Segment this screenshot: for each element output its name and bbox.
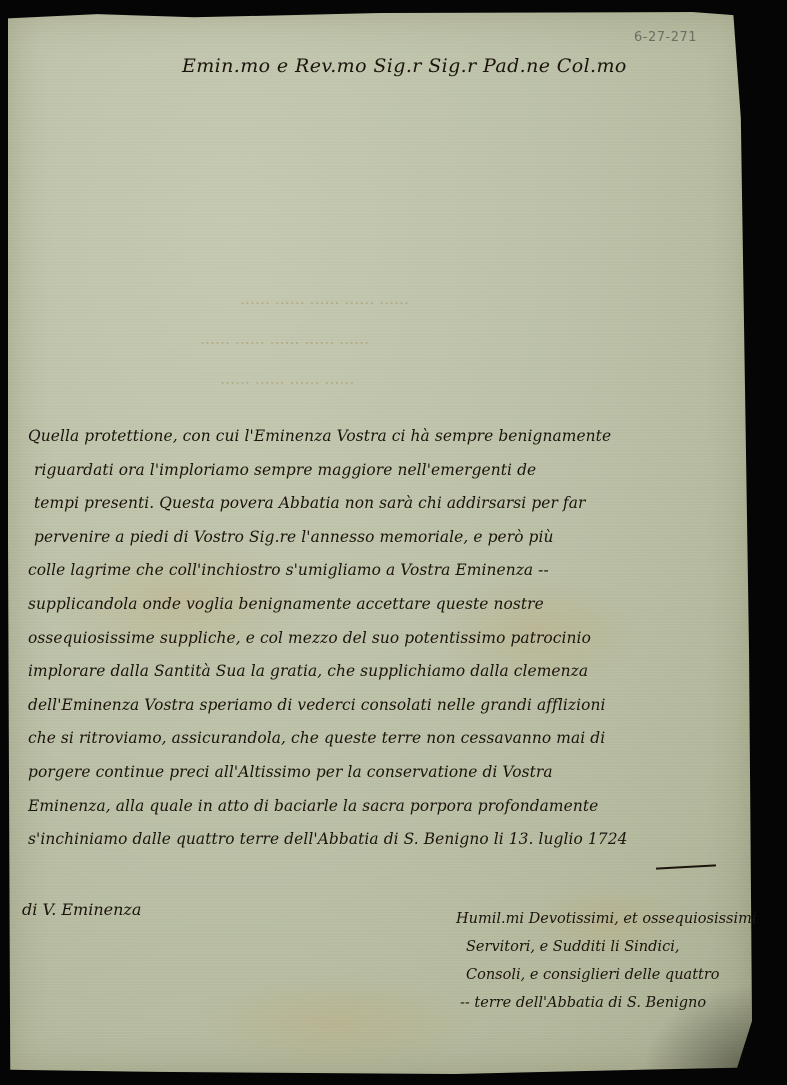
show-through-line: …… …… …… ……: [220, 370, 354, 388]
show-through-line: …… …… …… …… ……: [200, 330, 369, 348]
body-line: che si ritroviamo, assicurandola, che qu…: [28, 722, 768, 756]
body-line-dateline: s'inchiniamo dalle quattro terre dell'Ab…: [28, 823, 768, 857]
signature-line: -- terre dell'Abbatia di S. Benigno: [456, 989, 757, 1017]
water-stain: [188, 972, 488, 1072]
closing-formula: di V. Eminenza: [22, 900, 141, 919]
body-line: riguardati ora l'imploriamo sempre maggi…: [28, 454, 768, 488]
signature-line: Consoli, e consiglieri delle quattro: [456, 961, 757, 989]
body-line: implorare dalla Santità Sua la gratia, c…: [28, 655, 768, 689]
body-line: ossequiosissime suppliche, e col mezzo d…: [28, 622, 768, 656]
body-line: porgere continue preci all'Altissimo per…: [28, 756, 768, 790]
letter-body: Quella protettione, con cui l'Eminenza V…: [28, 420, 768, 857]
body-line: tempi presenti. Questa povera Abbatia no…: [28, 487, 768, 521]
signature-block: Humil.mi Devotissimi, et ossequiosissimi…: [456, 905, 757, 1017]
signature-line: Humil.mi Devotissimi, et ossequiosissimi: [456, 905, 757, 933]
body-line: dell'Eminenza Vostra speriamo di vederci…: [28, 689, 768, 723]
catalog-mark: 6-27-271: [634, 30, 697, 45]
scanned-document: 6-27-271 Emin.mo e Rev.mo Sig.r Sig.r Pa…: [0, 0, 787, 1085]
body-line: pervenire a piedi di Vostro Sig.re l'ann…: [28, 521, 768, 555]
salutation: Emin.mo e Rev.mo Sig.r Sig.r Pad.ne Col.…: [182, 55, 627, 77]
body-line: colle lagrime che coll'inchiostro s'umig…: [28, 554, 768, 588]
show-through-line: …… …… …… …… ……: [240, 290, 409, 308]
body-line: Quella protettione, con cui l'Eminenza V…: [28, 420, 768, 454]
signature-line: Servitori, e Sudditi li Sindici,: [456, 933, 757, 961]
body-line: supplicandola onde voglia benignamente a…: [28, 588, 768, 622]
body-line: Eminenza, alla quale in atto di baciarle…: [28, 790, 768, 824]
